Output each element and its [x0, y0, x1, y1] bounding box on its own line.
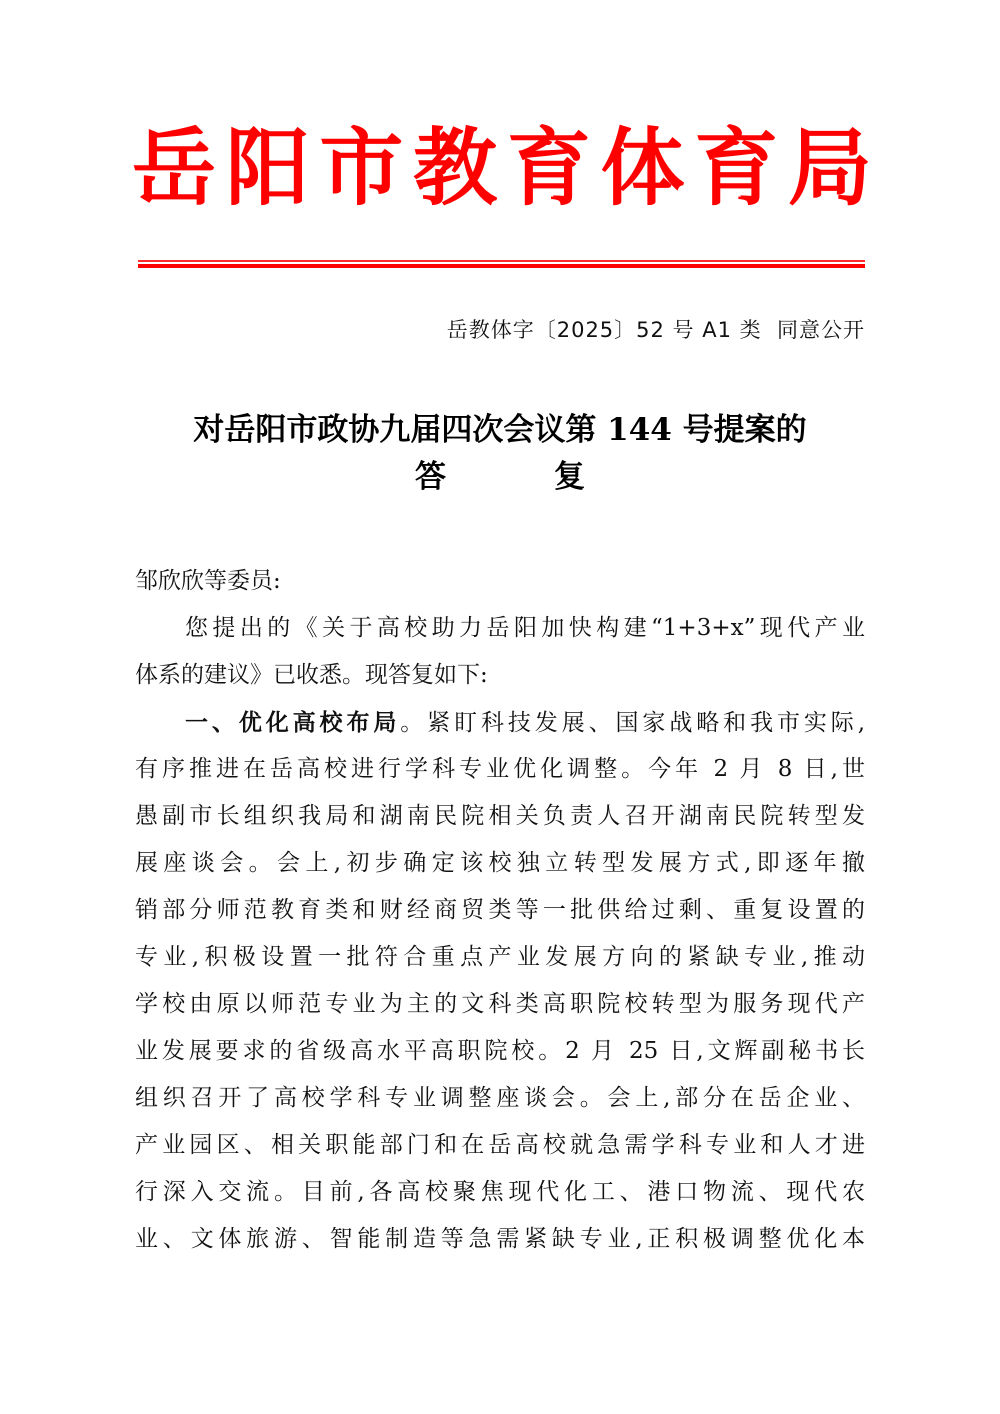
document-title: 对岳阳市政协九届四次会议第 144 号提案的: [0, 405, 1000, 455]
letterhead-char: 局: [788, 118, 872, 218]
text-line: 组织召开了高校学科专业调整座谈会。会上,部分在岳企业、: [135, 1075, 865, 1122]
text-line: 体系的建议》已收悉。现答复如下:: [135, 652, 865, 699]
text-line: 展座谈会。会上,初步确定该校独立转型发展方式,即逐年撤: [135, 840, 865, 887]
text-line: 学校由原以师范专业为主的文科类高职院校转型为服务现代产: [135, 981, 865, 1028]
section-heading: 一、优化高校布局: [185, 709, 400, 736]
document-page: 岳 阳 市 教 育 体 育 局 岳教体字〔2025〕52 号 A1 类 同意公开…: [0, 0, 1000, 1414]
letterhead-char: 教: [413, 118, 497, 218]
text-line: 您提出的《关于高校助力岳阳加快构建“1+3+x”现代产业: [135, 605, 865, 652]
letterhead-divider-thin: [138, 260, 865, 262]
document-body: 邹欣欣等委员: 您提出的《关于高校助力岳阳加快构建“1+3+x”现代产业 体系的…: [135, 558, 865, 1263]
letterhead-char: 体: [601, 118, 685, 218]
letterhead-char: 育: [694, 118, 778, 218]
agency-letterhead: 岳 阳 市 教 育 体 育 局: [132, 118, 872, 218]
text-line: 行深入交流。目前,各高校聚焦现代化工、港口物流、现代农: [135, 1169, 865, 1216]
text-line: 业发展要求的省级高水平高职院校。2 月 25 日,文辉副秘书长: [135, 1028, 865, 1075]
letterhead-char: 市: [319, 118, 403, 218]
section-1-paragraph: 一、优化高校布局。紧盯科技发展、国家战略和我市实际, 有序推进在岳高校进行学科专…: [135, 699, 865, 1263]
text-line: 专业,积极设置一批符合重点产业发展方向的紧缺专业,推动: [135, 934, 865, 981]
document-subtitle: 答 复: [0, 452, 1000, 502]
text-line: 业、文体旅游、智能制造等急需紧缺专业,正积极调整优化本: [135, 1216, 865, 1263]
letterhead-char: 阳: [226, 118, 310, 218]
text-line: 愚副市长组织我局和湖南民院相关负责人召开湖南民院转型发: [135, 793, 865, 840]
section-text: 。紧盯科技发展、国家战略和我市实际,: [400, 710, 865, 736]
letterhead-divider-thick: [138, 264, 865, 268]
document-number: 岳教体字〔2025〕52 号 A1 类 同意公开: [447, 314, 865, 346]
text-line: 产业园区、相关职能部门和在岳高校就急需学科专业和人才进: [135, 1122, 865, 1169]
text-line: 销部分师范教育类和财经商贸类等一批供给过剩、重复设置的: [135, 887, 865, 934]
salutation: 邹欣欣等委员:: [135, 558, 865, 605]
letterhead-char: 育: [507, 118, 591, 218]
letterhead-char: 岳: [132, 118, 216, 218]
intro-paragraph: 您提出的《关于高校助力岳阳加快构建“1+3+x”现代产业 体系的建议》已收悉。现…: [135, 605, 865, 699]
text-line: 一、优化高校布局。紧盯科技发展、国家战略和我市实际,: [135, 699, 865, 746]
text-line: 有序推进在岳高校进行学科专业优化调整。今年 2 月 8 日,世: [135, 746, 865, 793]
